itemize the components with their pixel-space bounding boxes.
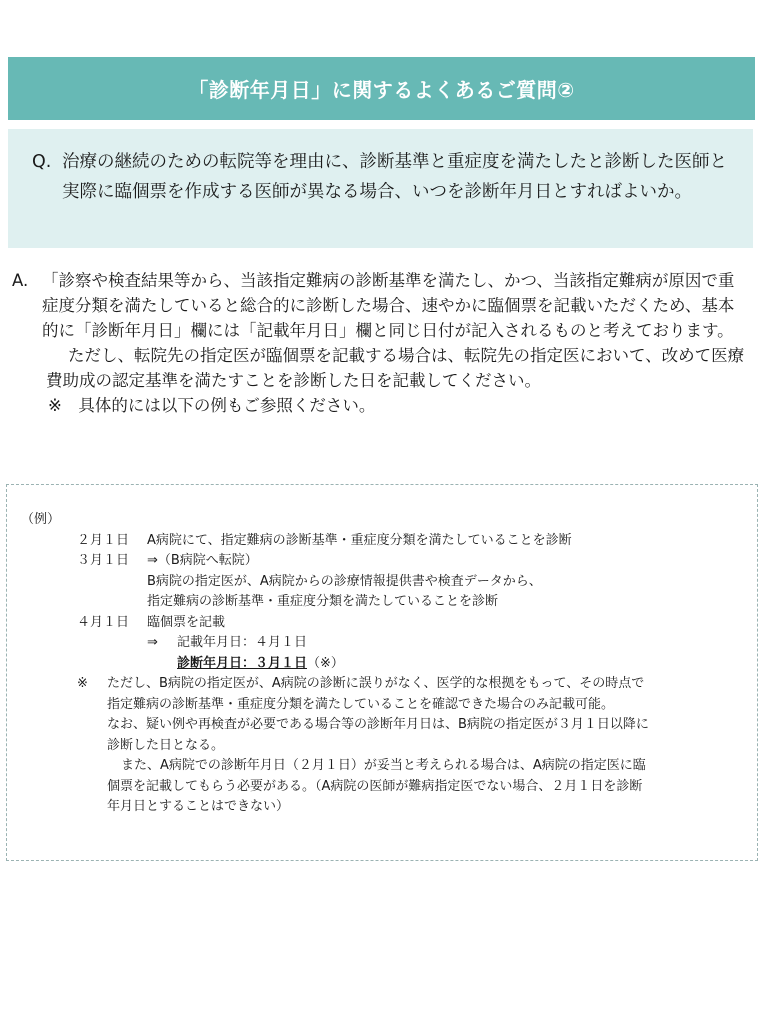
diagnosis-date: 診断年月日：３月１日 [177,656,307,671]
example-desc: A病院にて、指定難病の診断基準・重症度分類を満たしていることを診断 [147,531,741,552]
page-title: 「診断年月日」に関するよくあるご質問② [188,74,574,103]
example-note-row: ※ ただし、B病院の指定医が、A病院の診断に誤りがなく、医学的な根拠をもって、そ… [21,674,741,695]
example-date: ４月１日 [77,613,147,634]
answer-row: A. 「診察や検査結果等から、当該指定難病の診断基準を満たし、かつ、当該指定難病… [12,268,747,343]
question-row: Q. 治療の継続のための転院等を理由に、診断基準と重症度を満たしたと診断した医師… [32,147,733,207]
example-date: ２月１日 [77,531,147,552]
example-content: （例） ２月１日 A病院にて、指定難病の診断基準・重症度分類を満たしていることを… [21,510,741,818]
example-entry: ２月１日 A病院にて、指定難病の診断基準・重症度分類を満たしていることを診断 [21,531,741,552]
example-entry: ４月１日 臨個票を記載 [21,613,741,634]
note-line: 診断した日となる。 [21,736,741,757]
example-desc: ⇒（B病院へ転院） [147,551,741,572]
example-title: （例） [21,510,741,531]
note-mark: ※ [77,674,107,695]
example-desc: 臨個票を記載 [147,613,741,634]
answer-section: A. 「診察や検査結果等から、当該指定難病の診断基準を満たし、かつ、当該指定難病… [12,268,747,418]
answer-label: A. [12,268,42,343]
record-date: 記載年月日：４月１日 [177,633,307,654]
answer-paragraph-2: ただし、転院先の指定医が臨個票を記載する場合は、転院先の指定医において、改めて医… [12,343,747,393]
example-sub-line: B病院の指定医が、A病院からの診療情報提供書や検査データから、 [21,572,741,593]
question-box: Q. 治療の継続のための転院等を理由に、診断基準と重症度を満たしたと診断した医師… [8,129,753,248]
example-entry: ３月１日 ⇒（B病院へ転院） [21,551,741,572]
note-line: 年月日とすることはできない） [21,797,741,818]
note-line: 指定難病の診断基準・重症度分類を満たしていることを確認できた場合のみ記載可能。 [21,695,741,716]
diagnosis-note-mark: （※） [307,656,344,671]
arrow-icon: ⇒ [147,633,177,654]
question-text: 治療の継続のための転院等を理由に、診断基準と重症度を満たしたと診断した医師と実際… [62,147,733,207]
example-date: ３月１日 [77,551,147,572]
answer-paragraph-1: 「診察や検査結果等から、当該指定難病の診断基準を満たし、かつ、当該指定難病が原因… [42,268,747,343]
example-record-row: ⇒ 記載年月日：４月１日 [21,633,741,654]
note-line: ただし、B病院の指定医が、A病院の診断に誤りがなく、医学的な根拠をもって、その時… [107,674,741,695]
question-label: Q. [32,147,62,207]
note-line: なお、疑い例や再検査が必要である場合等の診断年月日は、B病院の指定医が３月１日以… [21,715,741,736]
example-box: （例） ２月１日 A病院にて、指定難病の診断基準・重症度分類を満たしていることを… [6,484,758,861]
note-line: また、A病院での診断年月日（２月１日）が妥当と考えられる場合は、A病院の指定医に… [21,756,741,777]
answer-note: ※ 具体的には以下の例もご参照ください。 [12,393,747,418]
example-sub-line: 指定難病の診断基準・重症度分類を満たしていることを診断 [21,592,741,613]
faq-header: 「診断年月日」に関するよくあるご質問② [8,57,755,120]
note-line: 個票を記載してもらう必要がある。（A病院の医師が難病指定医でない場合、２月１日を… [21,777,741,798]
example-diagnosis-row: 診断年月日：３月１日（※） [21,654,741,675]
